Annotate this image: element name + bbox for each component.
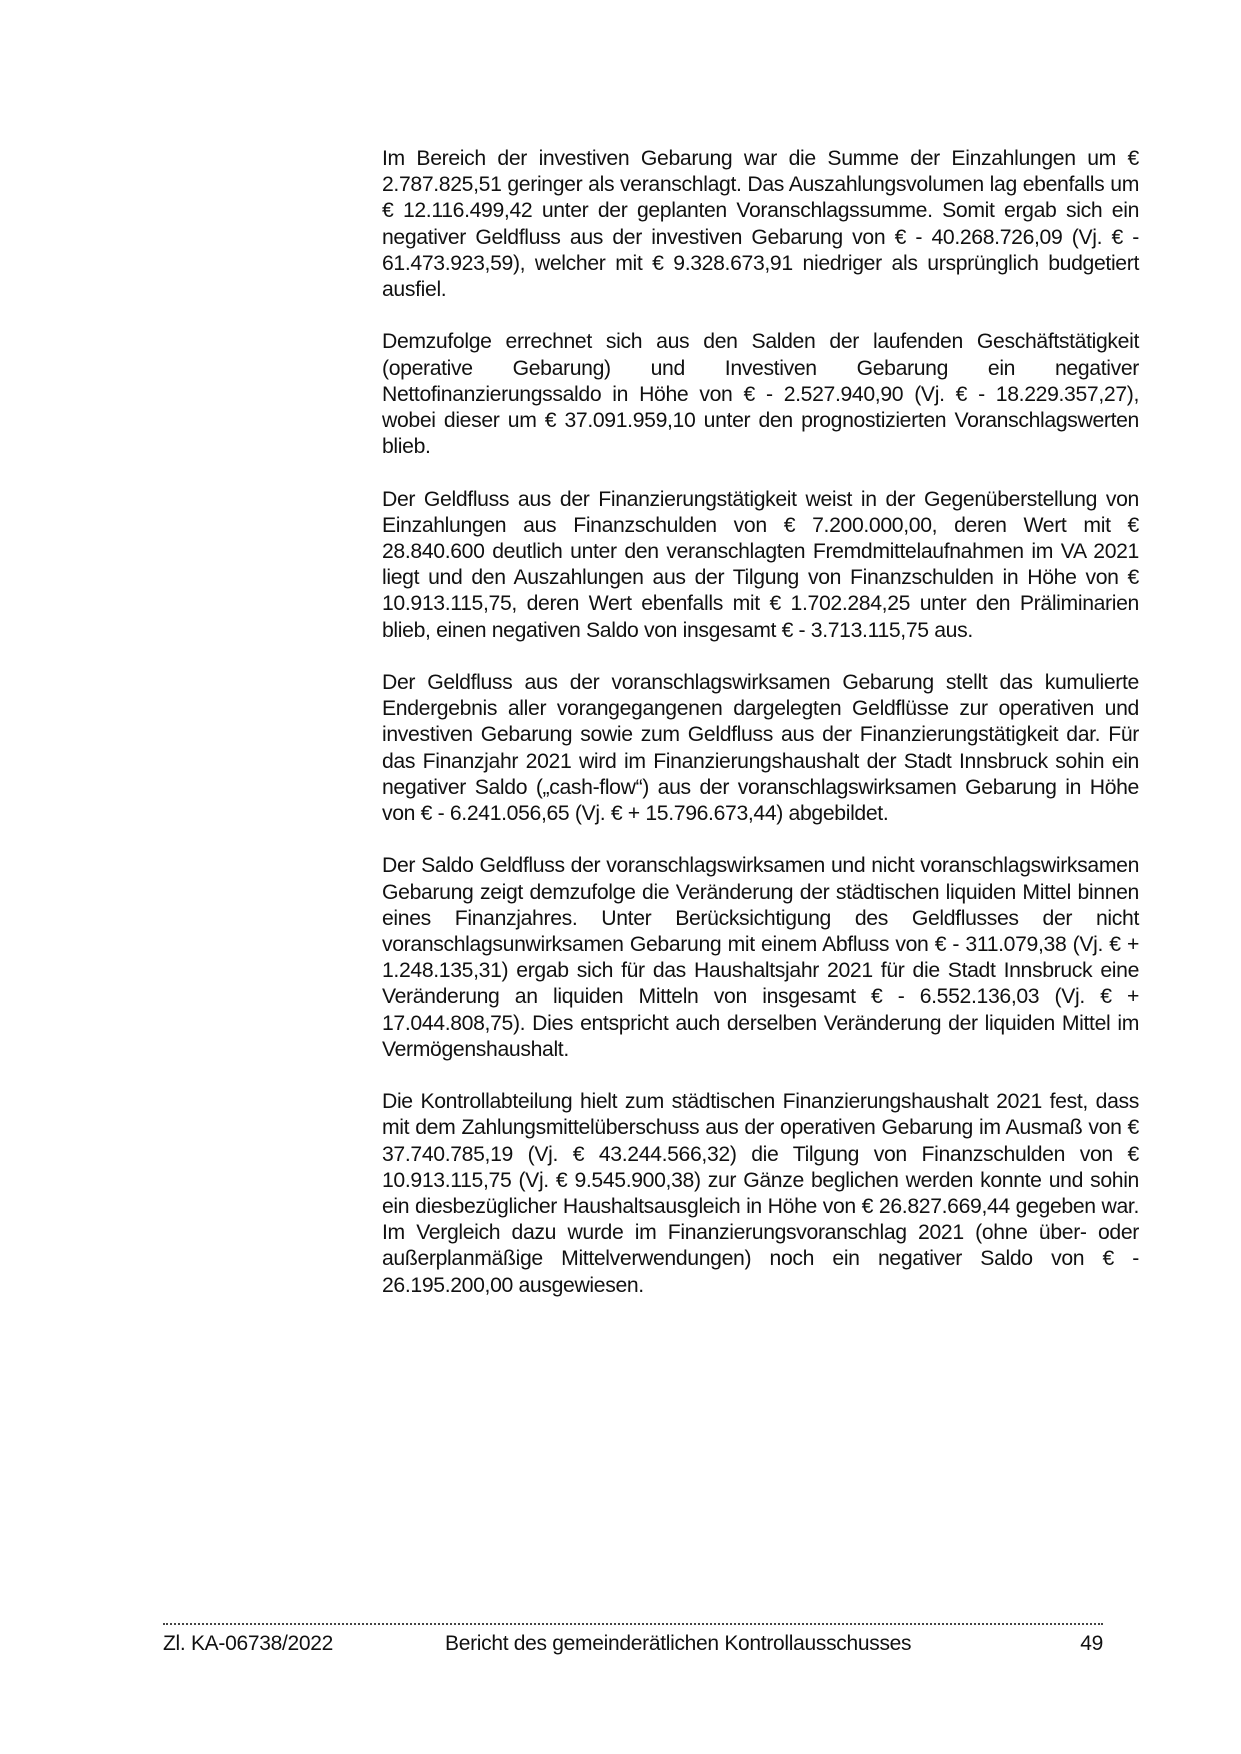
- page-footer: Zl. KA-06738/2022 Bericht des gemeinderä…: [163, 1630, 1103, 1658]
- footer-title: Bericht des gemeinderätlichen Kontrollau…: [445, 1630, 911, 1658]
- footer-divider: [163, 1623, 1103, 1625]
- footer-reference: Zl. KA-06738/2022: [163, 1630, 333, 1658]
- paragraph-saldo-geldfluss: Der Saldo Geldfluss der voranschlagswirk…: [382, 853, 1139, 1063]
- paragraph-investive-gebarung: Im Bereich der investiven Gebarung war d…: [382, 146, 1139, 303]
- body-text: Im Bereich der investiven Gebarung war d…: [382, 146, 1139, 1325]
- page-number: 49: [1080, 1630, 1103, 1658]
- paragraph-finanzierungstaetigkeit: Der Geldfluss aus der Finanzierungstätig…: [382, 487, 1139, 644]
- paragraph-voranschlagswirksame-gebarung: Der Geldfluss aus der voranschlagswirksa…: [382, 670, 1139, 827]
- paragraph-kontrollabteilung-feststellung: Die Kontrollabteilung hielt zum städtisc…: [382, 1089, 1139, 1299]
- paragraph-nettofinanzierungssaldo: Demzufolge errechnet sich aus den Salden…: [382, 329, 1139, 460]
